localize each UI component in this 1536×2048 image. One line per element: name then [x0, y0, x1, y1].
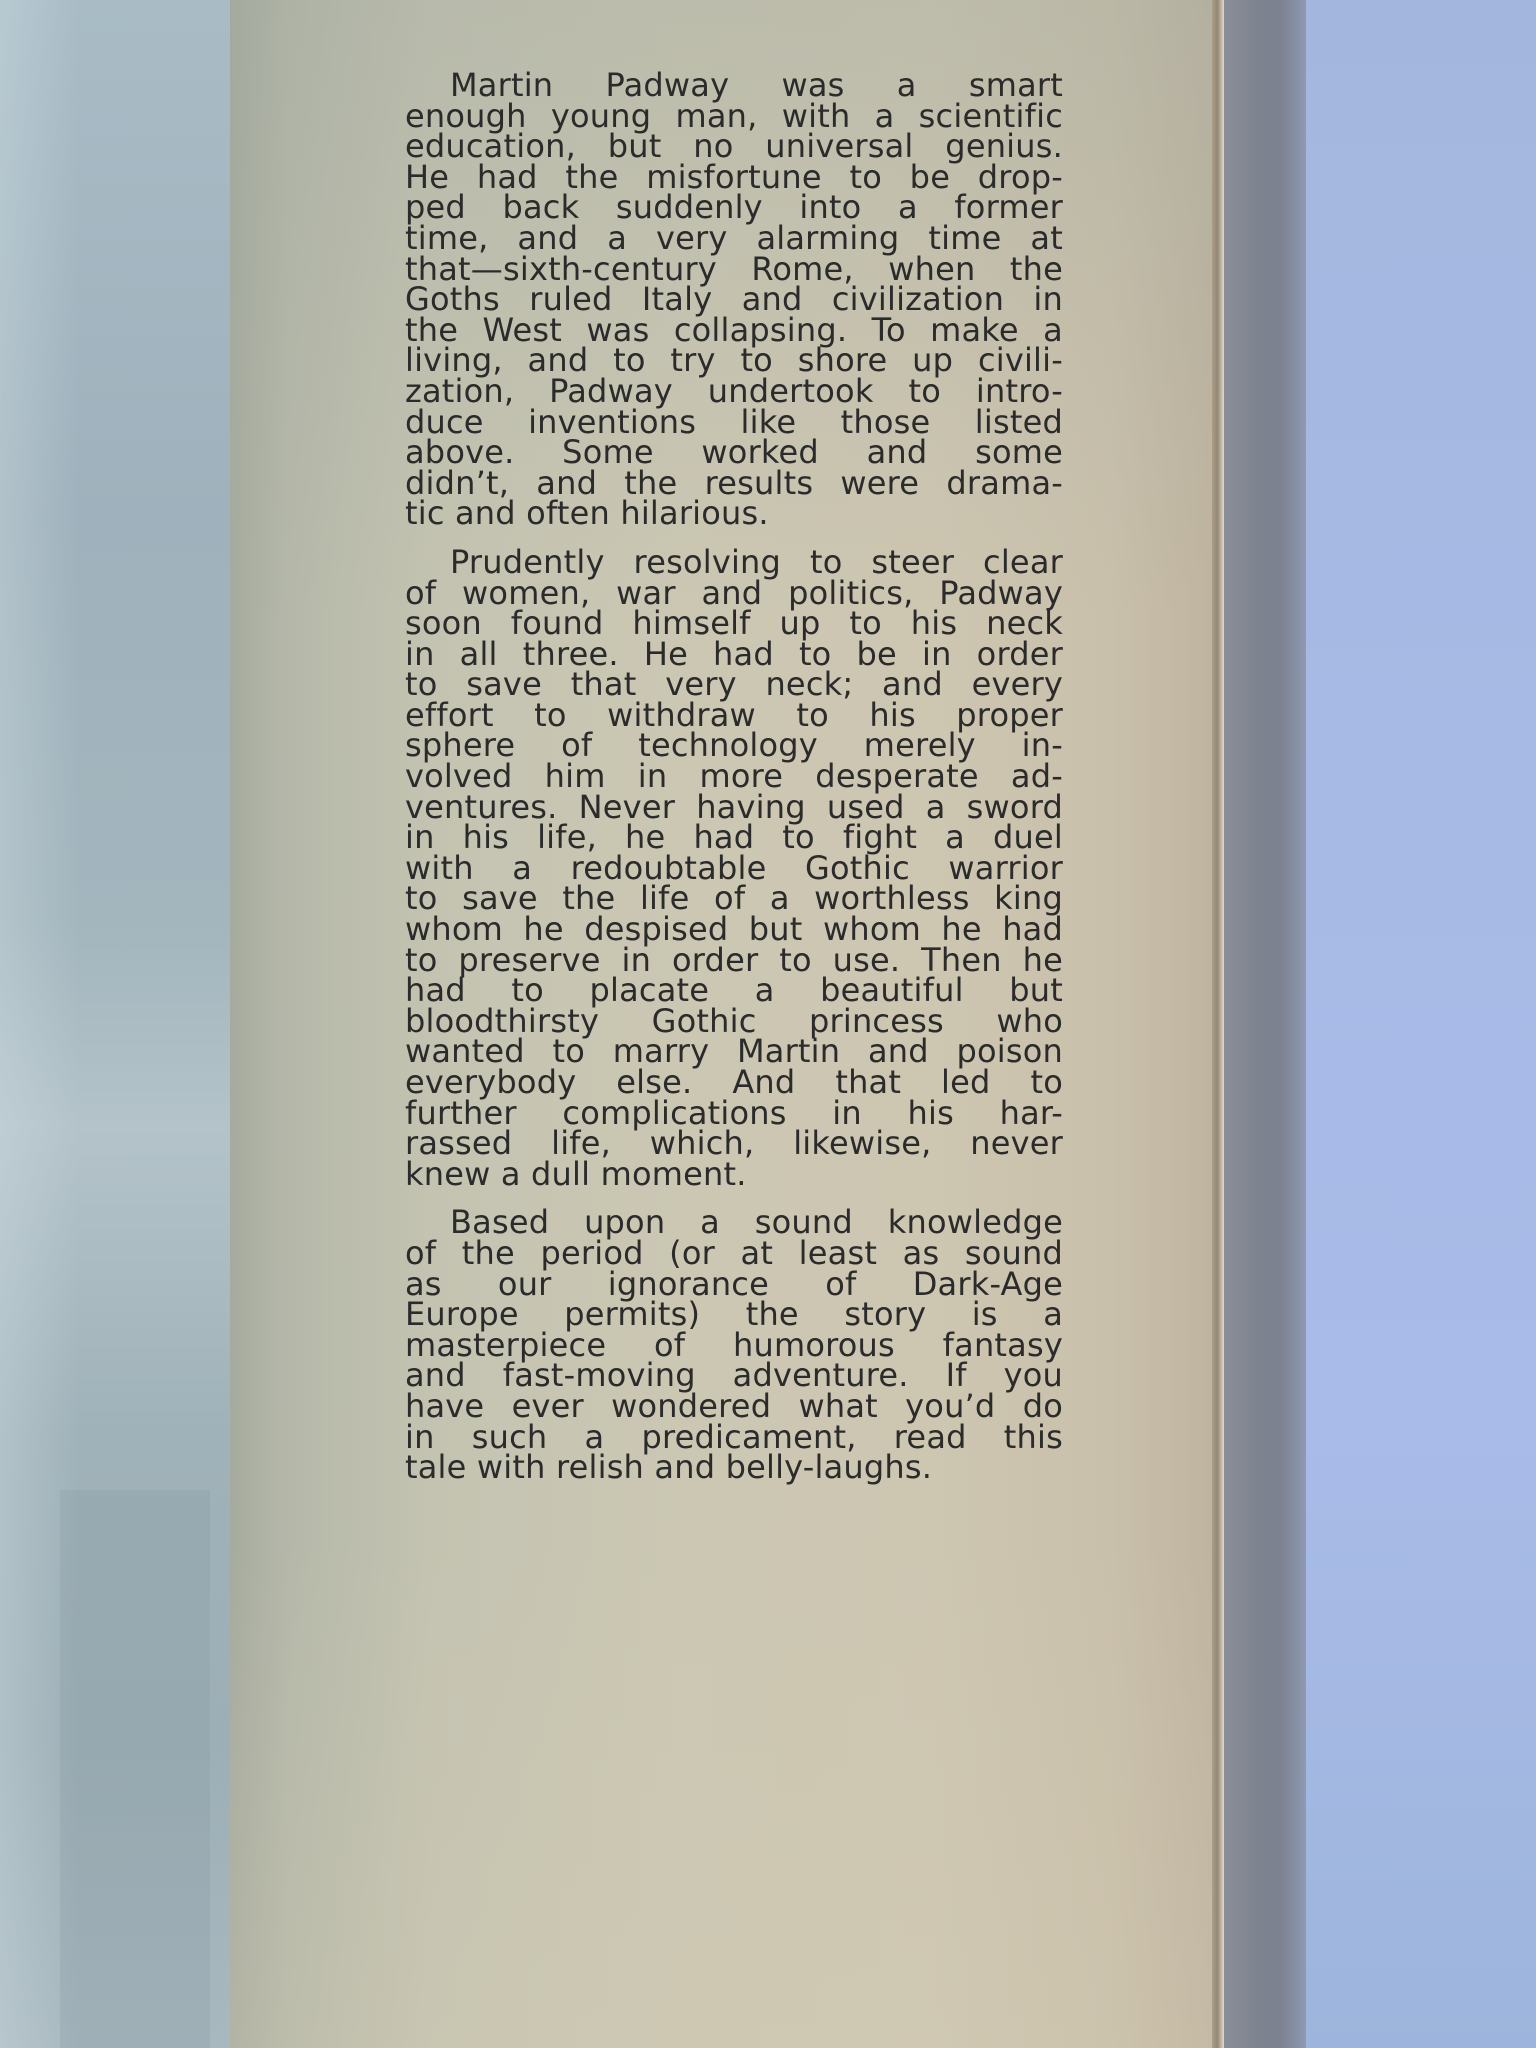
text-line: zation, Padway undertook to intro- — [405, 376, 1063, 407]
paragraph-1: Martin Padway was a smartenough young ma… — [405, 70, 1063, 529]
text-line: Prudently resolving to steer clear — [405, 547, 1063, 578]
paragraph-3: Based upon a sound knowledgeof the perio… — [405, 1207, 1063, 1482]
background-right — [1306, 0, 1536, 2048]
text-line: everybody else. And that led to — [405, 1067, 1063, 1098]
paragraph-2: Prudently resolving to steer clearof wom… — [405, 547, 1063, 1189]
text-line: tale with relish and belly-laughs. — [405, 1452, 1063, 1483]
text-line: knew a dull moment. — [405, 1159, 1063, 1190]
text-line: tic and often hilarious. — [405, 498, 1063, 529]
text-line: have ever wondered what you’d do — [405, 1391, 1063, 1422]
text-line: time, and a very alarming time at — [405, 223, 1063, 254]
text-line: Martin Padway was a smart — [405, 70, 1063, 101]
jacket-flap-edge — [1212, 0, 1224, 2048]
flap-shadow — [1224, 0, 1306, 2048]
text-line: of the period (or at least as sound — [405, 1238, 1063, 1269]
flap-text-block: Martin Padway was a smartenough young ma… — [405, 70, 1063, 1501]
background-left-panel — [60, 1490, 210, 2048]
